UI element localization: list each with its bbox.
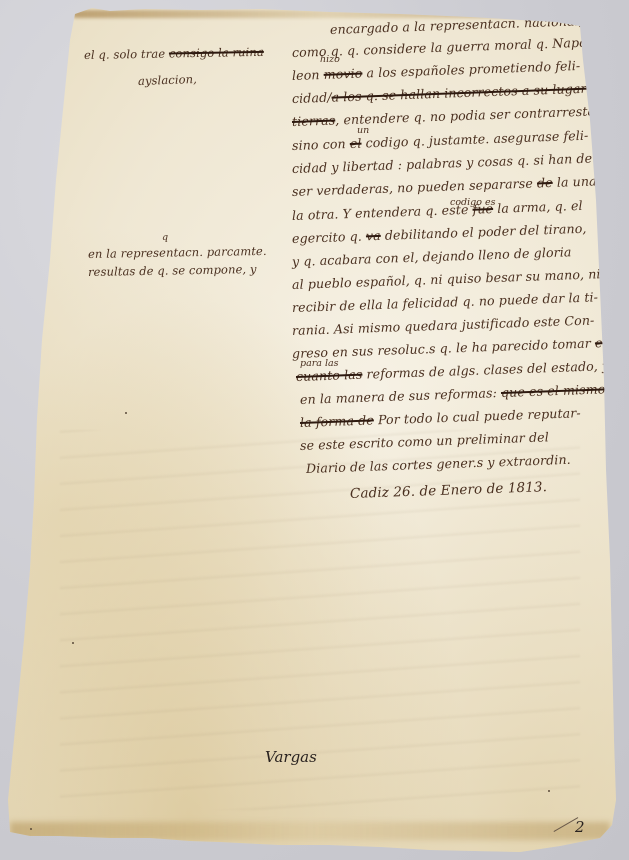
body-line-7: cidad y libertad : palabras y cosas q. s… [292,151,593,176]
body-line-5: tierras, entendere q. no podia ser contr… [292,103,611,129]
body-text: y q. acabara con el, dejando lleno de gl… [292,244,572,269]
body-text: cidad y libertad : palabras y cosas q. s… [292,151,593,176]
body-line-18: la forma de Por todo lo cual puede reput… [300,405,581,430]
body-text: a los españoles prometiendo feli- [362,58,580,81]
ink-speck [30,828,32,830]
body-text: sino con [292,136,350,153]
body-struck-text: movio [323,66,362,82]
body-text: cidad/ [292,90,332,106]
body-line-16: cuanto las reformas de algs. clases del … [296,358,610,384]
margin-note-2-line-2: resultas de q. se compone, y [88,262,257,279]
body-text: Por todo lo cual puede reputar- [374,405,581,427]
body-text: , entendere q. no podia ser contrarresta… [335,103,611,128]
ink-speck [125,412,127,414]
body-struck-text: de [537,175,553,191]
body-struck-text: fue [472,201,493,217]
body-text: la otra. Y entendera q. este [292,202,473,223]
body-line-6: sino con el codigo q. justamte. aseguras… [292,128,589,153]
body-text: recibir de ella la felicidad q. no puede… [292,289,598,315]
margin-note-1-line-2: ayslacion, [138,72,197,88]
body-line-3-insert: hizo [320,54,340,65]
body-line-12: al pueblo español, q. ni quiso besar su … [292,266,601,292]
margin-note-1-line-1: el q. solo trae consigo la ruina [84,45,264,62]
body-struck-text: el [350,136,362,151]
body-struck-text: a los q. se hallan incorrectos a su luga… [331,80,606,105]
body-struck-text: que es el mismo [501,381,606,400]
ink-speck [72,642,74,644]
body-text: leon [292,67,324,83]
body-text: en la manera de sus reformas: [300,385,502,407]
body-text: ser verdaderas, no pueden separarse [292,175,537,199]
body-line-4: cidad/a los q. se hallan incorrectos a s… [292,80,607,106]
margin-struck-text: consigo la ruina [169,45,264,61]
body-struck-text: va [366,228,381,244]
body-text: rania. Asi mismo quedara justificado est… [292,312,595,338]
body-text: la arma, q. el [493,198,583,216]
body-text: debilitando el poder del tirano, [380,221,586,243]
body-line-14: rania. Asi mismo quedara justificado est… [292,312,595,338]
body-struck-text: la forma de [300,412,374,430]
body-line-13: recibir de ella la felicidad q. no puede… [292,289,598,315]
signature-text: Vargas [265,748,317,766]
body-text: codigo q. justamte. asegurase feli- [361,128,588,151]
body-text: reformas de algs. clases del estado, y [362,358,609,382]
manuscript-page: el q. solo trae consigo la ruina ayslaci… [0,0,629,860]
margin-note-2-insert: q [162,232,168,243]
margin-text: el q. solo trae [84,47,165,62]
body-line-10: egercito q. va debilitando el poder del … [292,221,587,246]
body-line-15: greso en sus resoluc.s q. le ha parecido… [292,335,611,361]
body-line-8: ser verdaderas, no pueden separarse de l… [292,173,617,199]
body-line-17: en la manera de sus reformas: que es el … [300,381,606,407]
body-text: al pueblo español, q. ni quiso besar su … [292,266,601,292]
signature: Vargas [265,748,317,766]
ink-speck [548,790,550,792]
folio-number: 2 [575,818,585,836]
body-line-11: y q. acabara con el, dejando lleno de gl… [292,244,572,269]
body-line-9: la otra. Y entendera q. este fue la arma… [292,198,583,223]
body-text: egercito q. [292,228,366,246]
body-struck-text: cuanto las [296,367,363,384]
body-struck-text: tierras [292,112,336,129]
margin-note-2-line-1: en la representacn. parcamte. [88,244,267,261]
bottom-edge-stain [10,822,610,840]
